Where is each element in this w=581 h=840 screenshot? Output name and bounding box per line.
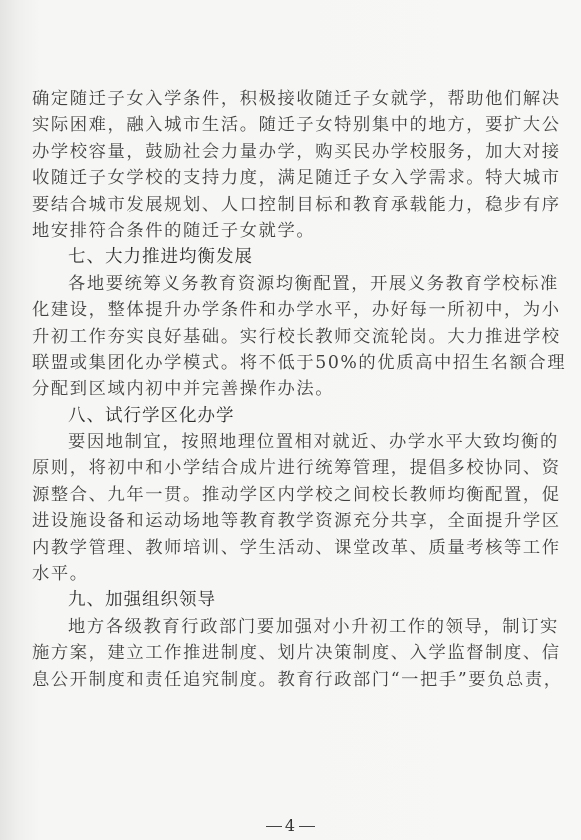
scanned-page: 确定随迁子女入学条件，积极接收随迁子女就学，帮助他们解决 实际困难，融入城市生活… [0,0,581,840]
body-line: 息公开制度和责任追究制度。教育行政部门“一把手”要负总责， [32,667,555,693]
body-line: 收随迁子女学校的支持力度，满足随迁子女入学需求。特大城市 [32,165,555,191]
body-line: 地方各级教育行政部门要加强对小升初工作的领导，制订实 [32,614,555,640]
body-line: 升初工作夯实良好基础。实行校长教师交流轮岗。大力推进学校 [32,324,555,350]
body-line: 化建设，整体提升办学条件和办学水平，办好每一所初中，为小 [32,297,555,323]
page-footer: 4 [0,816,581,835]
body-line: 分配到区域内初中并完善操作办法。 [32,376,555,402]
section-heading-9: 九、加强组织领导 [32,587,555,613]
section-heading-8: 八、试行学区化办学 [32,403,555,429]
section-heading-7: 七、大力推进均衡发展 [32,244,555,270]
body-line: 源整合、九年一贯。推动学区内学校之间校长教师均衡配置，促 [32,482,555,508]
body-line: 办学校容量，鼓励社会力量办学，购买民办学校服务，加大对接 [32,139,555,165]
body-line: 原则，将初中和小学结合成片进行统筹管理，提倡多校协同、资 [32,455,555,481]
body-line: 各地要统筹义务教育资源均衡配置，开展义务教育学校标准 [32,271,555,297]
body-line: 确定随迁子女入学条件，积极接收随迁子女就学，帮助他们解决 [32,86,555,112]
body-line: 联盟或集团化办学模式。将不低于50%的优质高中招生名额合理 [32,350,555,376]
body-line: 内教学管理、教师培训、学生活动、课堂改革、质量考核等工作 [32,535,555,561]
dash-right [299,826,315,827]
body-line: 实际困难，融入城市生活。随迁子女特别集中的地方，要扩大公 [32,112,555,138]
body-line: 水平。 [32,561,555,587]
body-line: 要因地制宜，按照地理位置相对就近、办学水平大致均衡的 [32,429,555,455]
body-line: 施方案，建立工作推进制度、划片决策制度、入学监督制度、信 [32,640,555,666]
dash-left [266,826,282,827]
page-number: 4 [285,816,296,835]
body-line: 地安排符合条件的随迁子女就学。 [32,218,555,244]
body-line: 要结合城市发展规划、人口控制目标和教育承载能力，稳步有序 [32,192,555,218]
body-line: 进设施设备和运动场地等教育教学资源充分共享，全面提升学区 [32,508,555,534]
document-body: 确定随迁子女入学条件，积极接收随迁子女就学，帮助他们解决 实际困难，融入城市生活… [32,86,555,693]
